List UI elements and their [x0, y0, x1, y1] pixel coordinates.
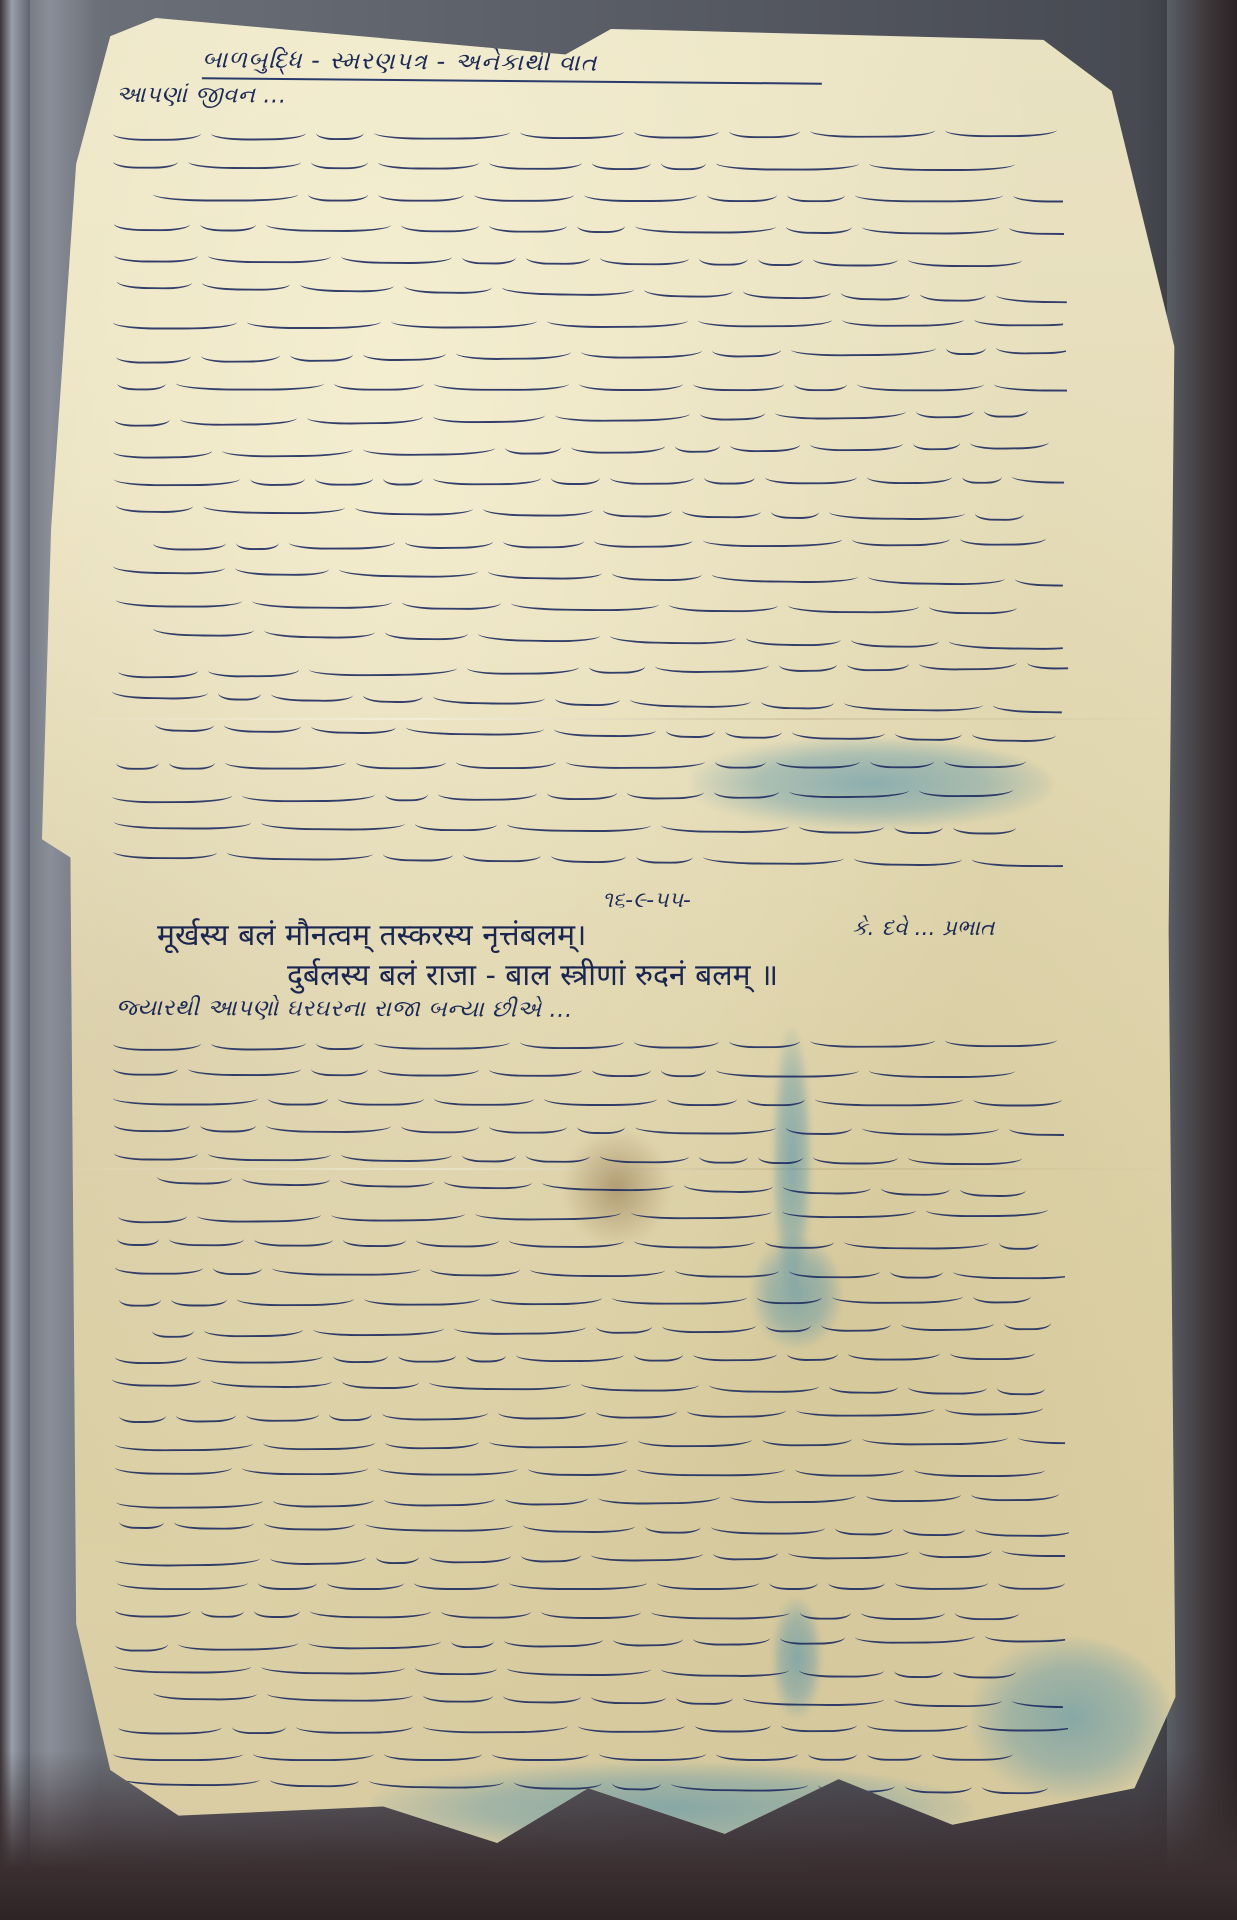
handwritten-word — [541, 1600, 641, 1618]
handwritten-word — [490, 1286, 602, 1304]
handwritten-word — [488, 560, 602, 580]
handwritten-word — [667, 1087, 737, 1105]
document-signature: કે. દવે ... પ્રભાત — [852, 916, 994, 941]
handwritten-word — [908, 1146, 1022, 1165]
handwritten-word — [174, 1511, 254, 1530]
handwritten-word — [152, 617, 253, 637]
handwritten-word — [671, 1772, 808, 1791]
handwritten-word — [959, 527, 1045, 546]
handwritten-word — [113, 122, 201, 140]
handwritten-word — [865, 1483, 960, 1502]
handwritten-word — [428, 1544, 510, 1563]
handwritten-word — [745, 626, 840, 646]
handwritten-word — [383, 1487, 494, 1506]
handwritten-word — [714, 780, 779, 798]
handwritten-word — [743, 280, 831, 299]
handwritten-word — [267, 1682, 413, 1701]
handwritten-word — [577, 214, 625, 232]
handwritten-word — [242, 783, 375, 802]
handwritten-word — [405, 530, 493, 549]
handwritten-word — [547, 309, 688, 328]
handwritten-word — [363, 683, 423, 702]
handwritten-word — [526, 1144, 590, 1162]
line-text: જ્યારથી આપણો ઘરઘરના રાજા બન્યા છીએ ... — [116, 995, 573, 1023]
handwritten-word — [378, 151, 479, 169]
handwritten-word — [300, 273, 394, 292]
handwritten-word — [661, 152, 706, 170]
handwritten-word — [787, 183, 845, 201]
handwritten-word — [808, 1742, 857, 1760]
handwritten-word — [1027, 651, 1068, 670]
handwritten-word — [644, 278, 733, 297]
handwritten-word — [153, 182, 298, 200]
handwritten-word — [383, 467, 423, 485]
handwritten-word — [441, 1600, 531, 1618]
handwritten-word — [787, 1540, 908, 1559]
handwritten-word — [913, 431, 960, 449]
handwritten-word — [308, 183, 368, 201]
handwritten-word — [316, 121, 364, 139]
handwritten-word — [115, 1599, 191, 1617]
handwritten-word — [953, 815, 1016, 833]
handwritten-word — [201, 1599, 244, 1617]
handwritten-word — [787, 1342, 838, 1360]
handwritten-word — [119, 1510, 164, 1528]
handwritten-word — [477, 622, 599, 642]
handwritten-word — [415, 812, 497, 831]
handwritten-word — [171, 1288, 227, 1306]
handwritten-word — [415, 1656, 497, 1675]
handwritten-word — [635, 215, 776, 234]
handwritten-word — [781, 1713, 857, 1731]
handwritten-word — [375, 1545, 418, 1563]
handwritten-word — [492, 1742, 589, 1760]
handwritten-word — [675, 1258, 779, 1277]
handwritten-word — [467, 656, 579, 675]
handwritten-word — [712, 1541, 777, 1560]
handwritten-word — [675, 434, 720, 452]
handwritten-word — [895, 1571, 988, 1589]
handwritten-word — [796, 1397, 935, 1416]
handwritten-word — [475, 1201, 621, 1220]
handwritten-word — [112, 784, 232, 803]
handwritten-word — [645, 1515, 701, 1533]
handwritten-word — [503, 1685, 581, 1704]
handwritten-word — [451, 1629, 494, 1647]
handwritten-word — [919, 778, 1013, 797]
handwritten-word — [771, 500, 819, 518]
handwritten-word — [707, 183, 777, 201]
handwritten-word — [474, 183, 574, 201]
handwritten-word — [272, 1256, 420, 1275]
handwritten-word — [489, 1058, 582, 1076]
handwritten-word — [712, 339, 781, 358]
handwritten-word — [342, 1370, 419, 1389]
handwritten-word — [631, 1200, 772, 1219]
handwritten-word — [1018, 1425, 1065, 1444]
handwritten-word — [311, 1058, 368, 1076]
frame-edge-right — [1167, 0, 1237, 1920]
handwritten-word — [334, 372, 424, 390]
handwritten-word — [268, 1087, 328, 1105]
handwritten-word — [114, 810, 251, 829]
handwritten-word — [113, 1032, 201, 1050]
handwritten-word — [666, 719, 715, 738]
handwritten-word — [698, 308, 832, 326]
handwritten-line — [113, 832, 1063, 875]
handwritten-word — [699, 247, 748, 265]
handwritten-word — [113, 1086, 258, 1104]
handwritten-word — [589, 655, 645, 674]
handwritten-word — [926, 1198, 1048, 1217]
handwritten-word — [862, 216, 999, 235]
handwritten-word — [502, 530, 583, 548]
handwritten-word — [761, 690, 834, 709]
handwritten-word — [712, 563, 858, 583]
handwritten-word — [757, 1286, 822, 1304]
handwritten-word — [384, 620, 467, 639]
handwritten-word — [203, 494, 345, 513]
handwritten-word — [113, 150, 178, 168]
handwritten-word — [307, 405, 423, 424]
handwritten-word — [270, 1768, 359, 1787]
handwritten-word — [975, 502, 1024, 520]
handwritten-word — [434, 372, 569, 390]
handwritten-word — [612, 1286, 747, 1305]
handwritten-word — [747, 1087, 805, 1105]
handwritten-word — [385, 1430, 479, 1449]
handwritten-word — [974, 307, 1063, 325]
handwritten-word — [869, 1059, 1015, 1077]
handwritten-word — [776, 749, 860, 767]
handwritten-word — [218, 681, 261, 700]
handwritten-word — [117, 1227, 159, 1245]
handwritten-word — [414, 1572, 499, 1590]
handwritten-word — [1001, 1537, 1064, 1556]
handwritten-word — [516, 1343, 624, 1362]
handwritten-word — [311, 151, 368, 169]
handwritten-word — [769, 1571, 818, 1589]
handwritten-word — [252, 590, 392, 609]
handwritten-word — [1013, 183, 1063, 201]
handwritten-word — [985, 1623, 1065, 1642]
handwritten-word — [502, 276, 634, 296]
handwritten-word — [630, 688, 751, 708]
handwritten-word — [489, 151, 582, 169]
handwritten-word — [844, 691, 983, 711]
handwritten-word — [795, 1458, 904, 1476]
handwritten-word — [374, 120, 510, 139]
handwritten-word — [786, 215, 852, 233]
handwritten-word — [945, 1397, 1043, 1416]
handwritten-word — [423, 1684, 493, 1703]
handwritten-word — [661, 813, 789, 832]
handwritten-word — [263, 618, 374, 638]
handwritten-word — [232, 1715, 286, 1733]
handwritten-word — [180, 407, 297, 426]
handwritten-word — [970, 1482, 1058, 1501]
handwritten-word — [290, 343, 353, 362]
handwritten-word — [416, 1229, 499, 1247]
handwritten-word — [758, 1145, 803, 1163]
handwritten-word — [758, 247, 803, 265]
handwritten-line — [113, 142, 1063, 179]
handwritten-word — [867, 465, 952, 483]
handwritten-word — [115, 1256, 203, 1274]
handwritten-word — [404, 275, 492, 294]
handwritten-word — [612, 1771, 661, 1789]
handwritten-word — [504, 1486, 587, 1505]
handwritten-word — [169, 1228, 244, 1246]
handwritten-word — [364, 1287, 480, 1305]
handwritten-word — [462, 1143, 516, 1161]
handwritten-word — [657, 1571, 759, 1589]
handwritten-word — [847, 652, 909, 671]
handwritten-word — [1004, 1311, 1051, 1329]
handwritten-word — [374, 1030, 510, 1049]
handwritten-word — [932, 1742, 1013, 1760]
handwritten-word — [378, 1457, 518, 1475]
handwritten-word — [520, 1543, 580, 1562]
handwritten-word — [596, 1400, 677, 1419]
handwritten-word — [800, 1601, 851, 1619]
handwritten-word — [810, 118, 935, 137]
handwritten-word — [309, 657, 457, 676]
handwritten-word — [246, 1403, 319, 1422]
handwritten-word — [258, 1572, 317, 1590]
handwritten-word — [526, 246, 590, 264]
handwritten-word — [829, 500, 965, 519]
handwritten-word — [208, 244, 331, 263]
manuscript-paper: બાળબુદ્ધિ - સ્મરણપત્ર - અનેકાર્થી વાત આપ… — [42, 18, 1180, 1843]
handwritten-word — [263, 1431, 375, 1450]
handwritten-word — [456, 341, 571, 360]
handwritten-word — [638, 1428, 752, 1447]
handwritten-word — [296, 1715, 413, 1733]
handwritten-word — [765, 1230, 834, 1248]
handwritten-word — [153, 1681, 257, 1700]
handwritten-word — [254, 1599, 300, 1617]
handwritten-word — [841, 281, 910, 300]
handwritten-word — [786, 1116, 852, 1134]
handwritten-word — [662, 1314, 756, 1333]
handwritten-word — [634, 1230, 755, 1249]
handwritten-word — [551, 466, 600, 484]
handwritten-word — [391, 309, 537, 328]
handwritten-word — [851, 527, 949, 546]
handwritten-word — [700, 402, 765, 421]
handwritten-word — [789, 1259, 880, 1277]
handwritten-word — [213, 1256, 262, 1274]
handwritten-word — [118, 1715, 222, 1733]
handwritten-word — [1015, 567, 1063, 586]
handwritten-word — [202, 271, 290, 290]
handwritten-word — [343, 1228, 406, 1246]
handwritten-word — [813, 247, 898, 265]
handwritten-word — [637, 1458, 785, 1476]
handwritten-word — [116, 751, 159, 769]
handwritten-word — [311, 715, 396, 734]
handwritten-word — [554, 718, 656, 737]
handwritten-word — [599, 1742, 706, 1760]
handwritten-word — [813, 1145, 898, 1163]
handwritten-word — [242, 1457, 368, 1475]
handwritten-word — [972, 848, 1063, 867]
handwritten-word — [433, 404, 545, 423]
handwritten-word — [114, 468, 240, 486]
handwritten-word — [378, 1058, 479, 1076]
handwritten-word — [998, 1571, 1065, 1589]
handwritten-word — [945, 118, 1057, 136]
handwritten-word — [169, 751, 215, 769]
handwritten-word — [520, 1030, 624, 1048]
handwritten-word — [509, 1229, 624, 1248]
handwritten-word — [401, 214, 479, 232]
handwritten-word — [704, 466, 755, 484]
handwritten-word — [596, 1315, 652, 1333]
handwritten-word — [313, 1316, 444, 1335]
handwritten-word — [211, 121, 306, 139]
handwritten-word — [341, 1143, 452, 1162]
handwritten-word — [385, 783, 428, 801]
handwritten-word — [119, 1766, 260, 1785]
handwritten-word — [571, 434, 665, 453]
handwritten-word — [634, 1029, 719, 1047]
handwritten-word — [894, 815, 943, 833]
handwritten-word — [489, 1115, 567, 1133]
handwritten-word — [331, 1202, 465, 1221]
handwritten-word — [114, 213, 190, 231]
handwritten-word — [994, 372, 1067, 390]
handwritten-word — [799, 814, 884, 833]
handwritten-word — [514, 1770, 602, 1789]
handwritten-word — [271, 682, 353, 701]
handwritten-word — [456, 750, 556, 768]
handwritten-word — [176, 371, 324, 389]
handwritten-word — [530, 1258, 665, 1277]
handwritten-word — [225, 750, 346, 768]
handwritten-word — [433, 685, 545, 705]
frame-edge-left — [0, 0, 30, 1920]
sanskrit-verse-line-1: मूर्खस्य बलं मौनत्वम् तस्करस्य नृत्तंबलम… — [157, 913, 586, 954]
handwritten-word — [905, 1774, 972, 1793]
handwritten-word — [116, 494, 193, 513]
handwritten-word — [188, 1057, 301, 1075]
handwritten-word — [996, 335, 1066, 354]
handwritten-word — [289, 531, 395, 550]
handwritten-word — [1012, 465, 1064, 483]
handwritten-word — [227, 841, 373, 860]
handwritten-word — [950, 1341, 1035, 1359]
handwritten-word — [699, 1145, 748, 1163]
handwritten-word — [609, 624, 735, 644]
handwritten-word — [114, 408, 170, 427]
handwritten-word — [117, 270, 192, 289]
handwritten-word — [498, 1401, 586, 1420]
handwritten-word — [779, 653, 837, 672]
handwritten-word — [520, 120, 624, 138]
handwritten-word — [627, 781, 704, 800]
handwritten-word — [855, 183, 1003, 201]
handwritten-word — [466, 1344, 506, 1362]
handwritten-word — [547, 781, 617, 800]
handwritten-word — [315, 467, 373, 485]
handwritten-word — [916, 399, 974, 418]
handwritten-word — [855, 1625, 975, 1644]
handwritten-word — [661, 1657, 789, 1676]
handwritten-word — [901, 1312, 994, 1331]
handwritten-word — [581, 339, 702, 358]
handwritten-word — [339, 558, 478, 578]
handwritten-word — [581, 1372, 699, 1391]
handwritten-word — [844, 1231, 989, 1250]
handwritten-word — [423, 1714, 568, 1733]
handwritten-word — [340, 1168, 434, 1187]
handwritten-word — [115, 1456, 232, 1474]
handwritten-word — [810, 432, 903, 451]
handwritten-word — [112, 680, 208, 700]
handwritten-word — [661, 1059, 706, 1077]
handwritten-word — [382, 1401, 488, 1420]
handwritten-word — [316, 1031, 364, 1049]
handwritten-word — [725, 720, 782, 739]
handwritten-word — [715, 750, 766, 768]
handwritten-word — [113, 840, 217, 859]
handwritten-word — [765, 466, 857, 484]
handwritten-word — [832, 1285, 963, 1304]
handwritten-word — [794, 372, 847, 390]
handwritten-word — [511, 592, 659, 611]
handwritten-word — [810, 1028, 935, 1047]
handwritten-word — [555, 402, 690, 421]
handwritten-word — [507, 812, 651, 831]
handwritten-word — [211, 1368, 332, 1387]
handwritten-word — [895, 722, 962, 741]
handwritten-word — [566, 750, 705, 768]
handwritten-word — [1009, 1117, 1064, 1135]
handwritten-word — [600, 246, 689, 264]
handwritten-word — [984, 399, 1028, 417]
handwritten-word — [792, 721, 885, 740]
handwritten-word — [542, 1171, 674, 1191]
handwritten-word — [355, 496, 473, 515]
handwritten-word — [972, 723, 1056, 742]
handwritten-word — [523, 1514, 635, 1533]
handwritten-word — [946, 336, 986, 354]
handwritten-word — [1009, 216, 1064, 234]
handwritten-word — [593, 529, 692, 548]
handwritten-word — [327, 1572, 404, 1590]
handwritten-word — [919, 651, 1017, 670]
handwritten-word — [682, 499, 761, 518]
handwritten-word — [507, 1656, 651, 1675]
handwritten-word — [870, 749, 934, 767]
handwritten-word — [635, 1116, 776, 1135]
handwritten-word — [597, 1485, 719, 1504]
handwritten-word — [953, 1659, 1016, 1677]
handwritten-word — [489, 214, 567, 232]
handwritten-word — [848, 1342, 940, 1360]
handwritten-word — [973, 1285, 1031, 1303]
handwritten-word — [703, 846, 844, 865]
handwritten-word — [945, 1028, 1057, 1046]
handwritten-word — [152, 1319, 194, 1337]
handwritten-word — [430, 1257, 520, 1275]
handwritten-word — [483, 497, 593, 516]
handwritten-word — [365, 1512, 513, 1531]
handwritten-word — [157, 1165, 232, 1184]
handwritten-word — [634, 119, 719, 137]
